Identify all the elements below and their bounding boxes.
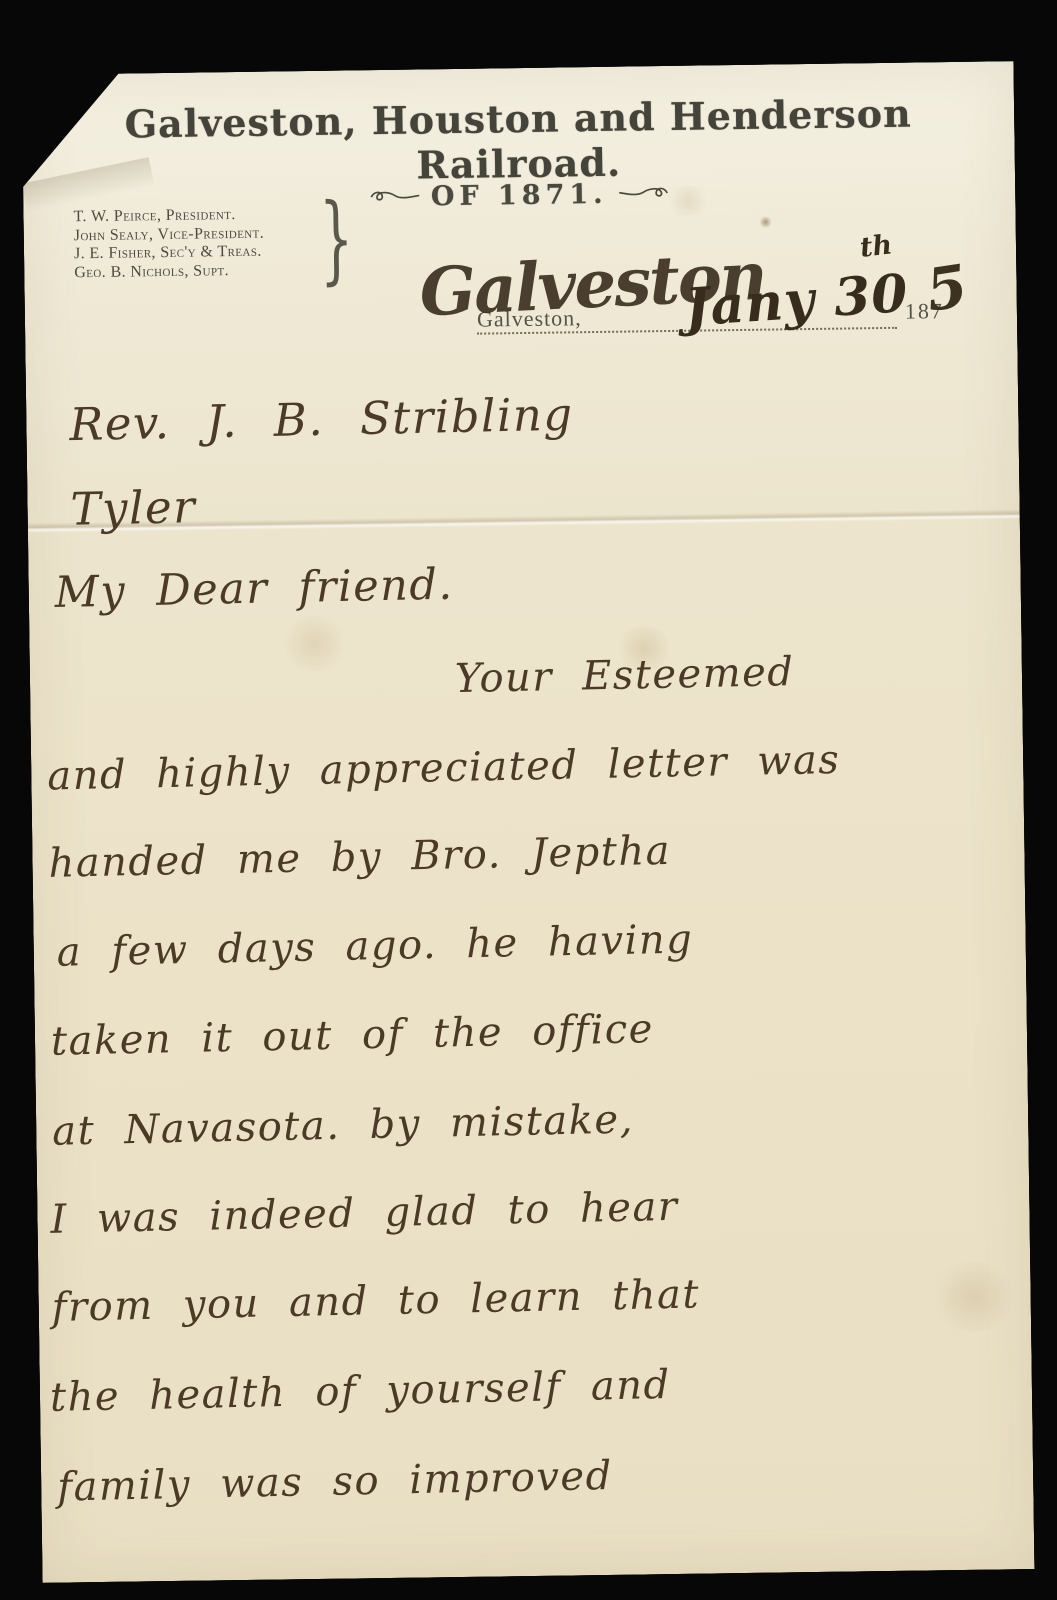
body-line: Your Esteemed — [455, 649, 795, 702]
officers-brace: } — [319, 198, 354, 278]
body-line: handed me by Bro. Jeptha — [48, 828, 671, 887]
salutation: My Dear friend. — [54, 560, 454, 618]
letterhead-subtitle: OF 1871. — [431, 179, 608, 212]
paper-stain — [279, 615, 350, 671]
officers-list: T. W. Peirce, President. John Sealy, Vic… — [73, 206, 264, 283]
flourish-left-icon — [369, 187, 421, 208]
handwritten-date-superscript: th — [858, 229, 894, 264]
body-line: taken it out of the office — [51, 1006, 655, 1065]
officer-line: J. E. Fisher, Sec'y & Treas. — [74, 243, 265, 264]
body-line: family was so improved — [57, 1453, 613, 1511]
paper-stain — [928, 1261, 1019, 1332]
body-line: and highly appreciated letter was — [47, 737, 841, 800]
body-line: the health of yourself and — [50, 1362, 672, 1421]
recipient-name: Rev. J. B. Stribling — [69, 388, 574, 452]
flourish-right-icon — [617, 183, 669, 204]
officer-line: T. W. Peirce, President. — [73, 206, 264, 227]
letter-page: Galveston, Houston and Henderson Railroa… — [22, 61, 1035, 1583]
officer-line: Geo. B. Nichols, Supt. — [74, 261, 265, 282]
body-line: at Navasota. by mistake, — [52, 1097, 634, 1155]
body-line: I was indeed glad to hear — [50, 1184, 679, 1243]
ink-stain — [759, 217, 773, 228]
letter-scan-photo: { "letterhead": { "company": "Galveston,… — [0, 0, 1057, 1600]
body-line: a few days ago. he having — [56, 916, 693, 975]
recipient-city: Tyler — [70, 480, 197, 536]
body-line: from you and to learn that — [51, 1271, 700, 1331]
